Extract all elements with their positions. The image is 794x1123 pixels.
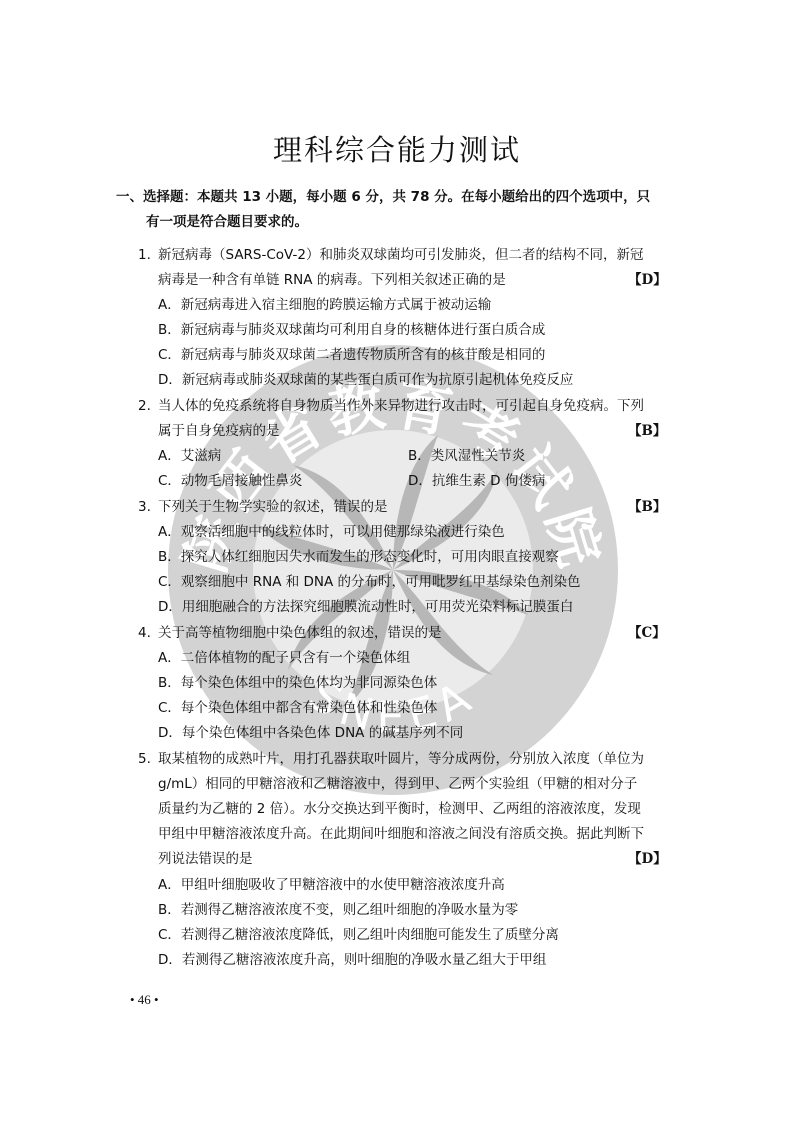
question-number: 2. (138, 396, 151, 416)
question-stem: 当人体的免疫系统将自身物质当作外来异物进行攻击时，可引起自身免疫病。下列 (158, 396, 644, 416)
option-d: D．若测得乙糖溶液浓度升高，则叶细胞的净吸水量乙组大于甲组 (158, 950, 546, 970)
option-b: B．每个染色体组中的染色体均为非同源染色体 (158, 673, 437, 693)
option-c: C．新冠病毒与肺炎双球菌二者遗传物质所含有的核苷酸是相同的 (158, 345, 545, 365)
option-c: C．动物毛屑接触性鼻炎 (158, 471, 302, 491)
answer-badge: 【D】 (628, 270, 667, 290)
option-d: D．用细胞融合的方法探究细胞膜流动性时，可用荧光染料标记膜蛋白 (158, 597, 573, 617)
option-c: C．若测得乙糖溶液浓度降低，则乙组叶肉细胞可能发生了质壁分离 (158, 925, 559, 945)
option-d: D．新冠病毒或肺炎双球菌的某些蛋白质可作为抗原引起机体免疫反应 (158, 370, 573, 390)
question-stem: 质量约为乙糖的 2 倍）。水分交换达到平衡时，检测甲、乙两组的溶液浓度，发现 (158, 799, 641, 819)
answer-badge: 【B】 (628, 421, 666, 441)
option-c: C．观察细胞中 RNA 和 DNA 的分布时，可用吡罗红甲基绿染色剂染色 (158, 572, 581, 592)
option-c: C．每个染色体组中都含有常染色体和性染色体 (158, 698, 437, 718)
option-a: A．新冠病毒进入宿主细胞的跨膜运输方式属于被动运输 (158, 295, 491, 315)
option-b: B．若测得乙糖溶液浓度不变，则乙组叶细胞的净吸水量为零 (158, 900, 518, 920)
question-stem: 关于高等植物细胞中染色体组的叙述，错误的是 (158, 623, 442, 643)
answer-badge: 【D】 (628, 849, 667, 869)
answer-badge: 【B】 (628, 497, 666, 517)
option-a: A．艾滋病 (158, 446, 221, 466)
answer-badge: 【C】 (628, 623, 666, 643)
question-stem: 新冠病毒（SARS-CoV-2）和肺炎双球菌均可引发肺炎，但二者的结构不同，新冠 (158, 245, 643, 265)
option-b: B．新冠病毒与肺炎双球菌均可利用自身的核糖体进行蛋白质合成 (158, 320, 545, 340)
page-title: 理科综合能力测试 (0, 128, 794, 169)
question-stem: 取某植物的成熟叶片，用打孔器获取叶圆片，等分成两份，分别放入浓度（单位为 (158, 749, 644, 769)
question-stem: 病毒是一种含有单链 RNA 的病毒。下列相关叙述正确的是 (158, 270, 506, 290)
option-b: B．探究人体红细胞因失水而发生的形态变化时，可用肉眼直接观察 (158, 547, 559, 567)
exam-page: 理科综合能力测试 一、选择题：本题共 13 小题，每小题 6 分，共 78 分。… (0, 0, 794, 1123)
section-instruction-line1: 一、选择题：本题共 13 小题，每小题 6 分，共 78 分。在每小题给出的四个… (116, 185, 676, 210)
option-a: A．二倍体植物的配子只含有一个染色体组 (158, 648, 410, 668)
option-d: D．每个染色体组中各染色体 DNA 的碱基序列不同 (158, 723, 463, 743)
page-number: • 46 • (130, 992, 159, 1008)
question-stem: 列说法错误的是 (158, 849, 253, 869)
question-stem: 属于自身免疫病的是 (158, 421, 280, 441)
section-header: 一、选择题：本题共 13 小题，每小题 6 分，共 78 分。在每小题给出的四个… (116, 185, 676, 235)
question-stem: 下列关于生物学实验的叙述，错误的是 (158, 497, 388, 517)
question-stem: g/mL）相同的甲糖溶液和乙糖溶液中，得到甲、乙两个实验组（甲糖的相对分子 (158, 774, 637, 794)
question-number: 1. (138, 245, 151, 265)
question-number: 4. (138, 623, 151, 643)
section-instruction-line2: 有一项是符合题目要求的。 (116, 210, 676, 235)
option-a: A．观察活细胞中的线粒体时，可以用健那绿染液进行染色 (158, 522, 505, 542)
question-stem: 甲组中甲糖溶液浓度升高。在此期间叶细胞和溶液之间没有溶质交换。据此判断下 (158, 824, 644, 844)
question-number: 5. (138, 749, 151, 769)
option-d: D．抗维生素 D 佝偻病 (408, 471, 545, 491)
question-number: 3. (138, 497, 151, 517)
option-a: A．甲组叶细胞吸收了甲糖溶液中的水使甲糖溶液浓度升高 (158, 875, 505, 895)
option-b: B．类风湿性关节炎 (408, 446, 525, 466)
